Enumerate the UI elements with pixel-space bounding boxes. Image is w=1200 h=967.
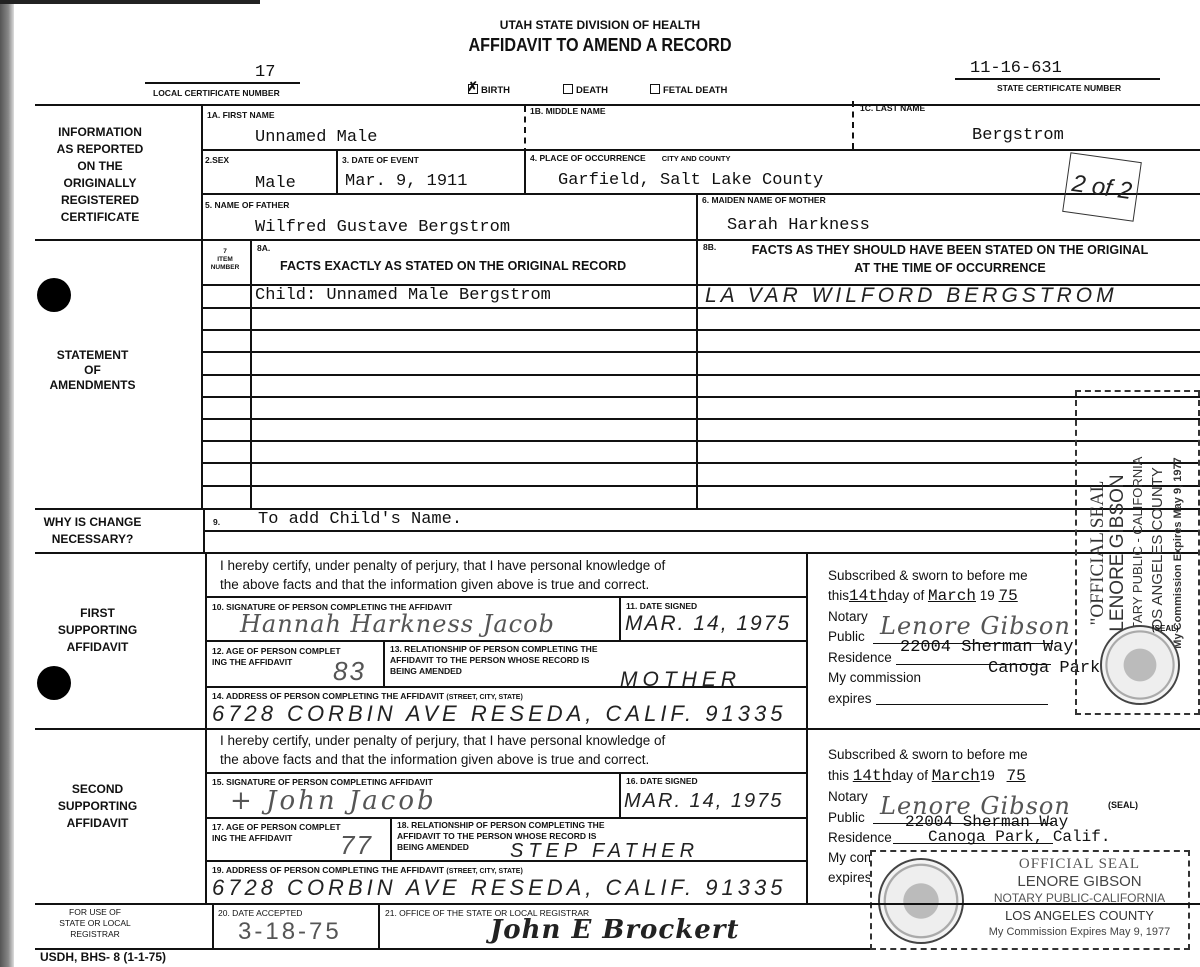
rule xyxy=(378,904,380,950)
commission-label: My commission xyxy=(828,668,921,688)
date-of-event-label: 3. DATE OF EVENT xyxy=(342,155,419,165)
section-label-amendments: STATEMENT OF AMENDMENTS xyxy=(30,348,155,393)
notary-label: Notary xyxy=(828,607,868,627)
rule xyxy=(203,509,205,554)
rule xyxy=(201,351,1200,353)
why-change-value: To add Child's Name. xyxy=(258,510,462,529)
section-label-registrar: FOR USE OF STATE OR LOCAL REGISTRAR xyxy=(45,907,145,940)
date-signed-value: MAR. 14, 1975 xyxy=(625,612,791,636)
rule xyxy=(205,772,808,774)
state-certificate-number: 11-16-631 xyxy=(970,59,1062,78)
notary-signature[interactable]: Lenore Gibson xyxy=(880,612,1071,640)
relationship-label: 13. RELATIONSHIP OF PERSON COMPLETING TH… xyxy=(390,644,598,677)
expires-label: expires xyxy=(828,689,872,709)
seal-mark: (SEAL) xyxy=(1108,800,1138,810)
rule xyxy=(205,860,808,862)
why-change-code: 9. xyxy=(213,517,220,527)
scan-edge xyxy=(0,0,14,967)
rule xyxy=(336,150,338,194)
father-label: 5. NAME OF FATHER xyxy=(205,200,289,210)
punch-hole xyxy=(37,278,71,312)
rule xyxy=(383,641,385,686)
punch-hole xyxy=(37,666,71,700)
address-label: 14. ADDRESS OF PERSON COMPLETING THE AFF… xyxy=(212,691,523,701)
middle-name-label: 1B. MIDDLE NAME xyxy=(530,106,606,116)
age-label: 17. AGE OF PERSON COMPLET ING THE AFFIDA… xyxy=(212,822,341,844)
rule xyxy=(201,396,1200,398)
sex-label: 2.SEX xyxy=(205,155,229,165)
address-label: 19. ADDRESS OF PERSON COMPLETING THE AFF… xyxy=(212,865,523,875)
checkbox-empty-icon xyxy=(563,84,573,94)
notary-sworn-text: Subscribed & sworn to before me xyxy=(828,566,1028,586)
rule xyxy=(201,329,1200,331)
state-cert-underline xyxy=(955,78,1160,80)
rule xyxy=(852,101,854,149)
rule xyxy=(201,462,1200,464)
rule xyxy=(35,508,1200,510)
rule xyxy=(205,640,808,642)
rule xyxy=(524,106,526,154)
notary-date-line: this14thday of March 19 75 xyxy=(828,586,1018,606)
rule xyxy=(212,904,214,950)
form-id: USDH, BHS- 8 (1-1-75) xyxy=(40,950,166,964)
registrar-signature[interactable]: John E Brockert xyxy=(490,915,739,945)
address-value: 6728 CORBIN AVE RESEDA, CALIF. 91335 xyxy=(212,875,786,901)
checkbox-empty-icon xyxy=(650,84,660,94)
local-certificate-number: 17 xyxy=(255,63,275,82)
age-value: 83 xyxy=(333,656,366,687)
rule xyxy=(619,773,621,817)
last-name-label: 1C. LAST NAME xyxy=(860,103,925,113)
first-name-label: 1A. FIRST NAME xyxy=(207,110,275,120)
agency-name: UTAH STATE DIVISION OF HEALTH xyxy=(0,18,1200,32)
rule xyxy=(35,903,1200,905)
place-label: 4. PLACE OF OCCURRENCECITY AND COUNTY xyxy=(530,153,730,163)
date-signed-value: MAR. 14, 1975 xyxy=(624,790,783,813)
rule xyxy=(35,104,1200,106)
first-name-value: Unnamed Male xyxy=(255,128,377,147)
address-value: 6728 CORBIN AVE RESEDA, CALIF. 91335 xyxy=(212,701,786,727)
mother-value: Sarah Harkness xyxy=(727,216,870,235)
official-seal-stamp-horizontal: OFFICIAL SEAL LENORE GIBSON NOTARY PUBLI… xyxy=(870,850,1190,950)
checkbox-fetal-death[interactable]: FETAL DEATH xyxy=(650,84,727,96)
rule xyxy=(201,307,1200,309)
col-a-header: FACTS EXACTLY AS STATED ON THE ORIGINAL … xyxy=(280,259,626,273)
rule xyxy=(619,597,621,641)
state-seal-icon xyxy=(1100,625,1180,705)
rule xyxy=(35,552,1200,554)
signature-2[interactable]: + John Jacob xyxy=(230,786,437,816)
section-label-why-change: WHY IS CHANGE NECESSARY? xyxy=(30,514,155,548)
last-name-value: Bergstrom xyxy=(972,126,1064,145)
col-a-code: 8A. xyxy=(257,243,270,253)
residence-label: Residence xyxy=(828,828,892,848)
certification-text: I hereby certify, under penalty of perju… xyxy=(220,731,665,769)
place-value: Garfield, Salt Lake County xyxy=(558,171,823,190)
state-seal-icon xyxy=(878,858,964,944)
checkbox-birth[interactable]: ✗BIRTH xyxy=(468,84,510,96)
rule xyxy=(35,728,1200,730)
checkbox-death[interactable]: DEATH xyxy=(563,84,608,96)
state-certificate-label: STATE CERTIFICATE NUMBER xyxy=(997,83,1121,93)
public-label: Public xyxy=(828,627,865,647)
rule xyxy=(201,485,1200,487)
local-cert-underline xyxy=(145,82,300,84)
seal-mark: (SEAL) xyxy=(1152,624,1179,633)
section-label-first-affidavit: FIRST SUPPORTING AFFIDAVIT xyxy=(30,605,165,656)
seal-text: "OFFICIAL SEAL LENORE GIBSON NOTARY PUBL… xyxy=(1088,456,1188,649)
public-label: Public xyxy=(828,808,865,828)
residence-line2: Canoga Park, Calif. xyxy=(928,828,1110,846)
signature-1[interactable]: Hannah Harkness Jacob xyxy=(240,610,555,638)
rule xyxy=(205,686,808,688)
mother-label: 6. MAIDEN NAME OF MOTHER xyxy=(702,195,826,205)
local-certificate-label: LOCAL CERTIFICATE NUMBER xyxy=(153,88,280,98)
original-fact: Child: Unnamed Male Bergstrom xyxy=(255,286,551,305)
checkbox-checked-icon: ✗ xyxy=(468,84,478,94)
rule xyxy=(390,818,392,861)
date-signed-label: 16. DATE SIGNED xyxy=(626,776,698,786)
form-title: AFFIDAVIT TO AMEND A RECORD xyxy=(60,35,1140,56)
date-accepted-value: 3-18-75 xyxy=(238,918,342,946)
notary-label: Notary xyxy=(828,787,868,807)
rule xyxy=(524,150,526,194)
notary-date-line: this 14thday of March19 75 xyxy=(828,766,1026,786)
col-b-header: FACTS AS THEY SHOULD HAVE BEEN STATED ON… xyxy=(740,241,1160,277)
age-label: 12. AGE OF PERSON COMPLET ING THE AFFIDA… xyxy=(212,646,341,668)
seal-text: OFFICIAL SEAL LENORE GIBSON NOTARY PUBLI… xyxy=(972,856,1187,941)
rule xyxy=(201,418,1200,420)
expires-underline xyxy=(876,704,1048,705)
section-label-original-info: INFORMATION AS REPORTED ON THE ORIGINALL… xyxy=(30,124,170,226)
page-mark-stamp: 2 of 2 xyxy=(1062,152,1142,221)
rule xyxy=(201,374,1200,376)
col-b-code: 8B. xyxy=(703,242,716,252)
date-of-event-value: Mar. 9, 1911 xyxy=(345,172,467,191)
date-accepted-label: 20. DATE ACCEPTED xyxy=(218,908,302,918)
sex-value: Male xyxy=(255,174,296,193)
rule xyxy=(201,149,1200,151)
rule xyxy=(201,440,1200,442)
corrected-fact: LA VAR WILFORD BERGSTROM xyxy=(705,284,1118,308)
item-number-label: 7 ITEM NUMBER xyxy=(203,248,247,272)
rule xyxy=(205,596,808,598)
date-signed-label: 11. DATE SIGNED xyxy=(626,601,697,611)
age-value: 77 xyxy=(340,830,373,861)
rule xyxy=(203,530,1200,532)
expires-label: expires xyxy=(828,868,872,888)
notary-sworn-text: Subscribed & sworn to before me xyxy=(828,745,1028,765)
rule xyxy=(201,193,1200,195)
scan-edge-top xyxy=(0,0,260,4)
residence-label: Residence xyxy=(828,648,892,668)
father-value: Wilfred Gustave Bergstrom xyxy=(255,218,510,237)
rule xyxy=(205,817,808,819)
residence-line1: 22004 Sherman Way xyxy=(900,638,1073,657)
certification-text: I hereby certify, under penalty of perju… xyxy=(220,556,665,594)
relationship-value: MOTHER xyxy=(620,668,741,692)
section-label-second-affidavit: SECOND SUPPORTING AFFIDAVIT xyxy=(30,781,165,832)
